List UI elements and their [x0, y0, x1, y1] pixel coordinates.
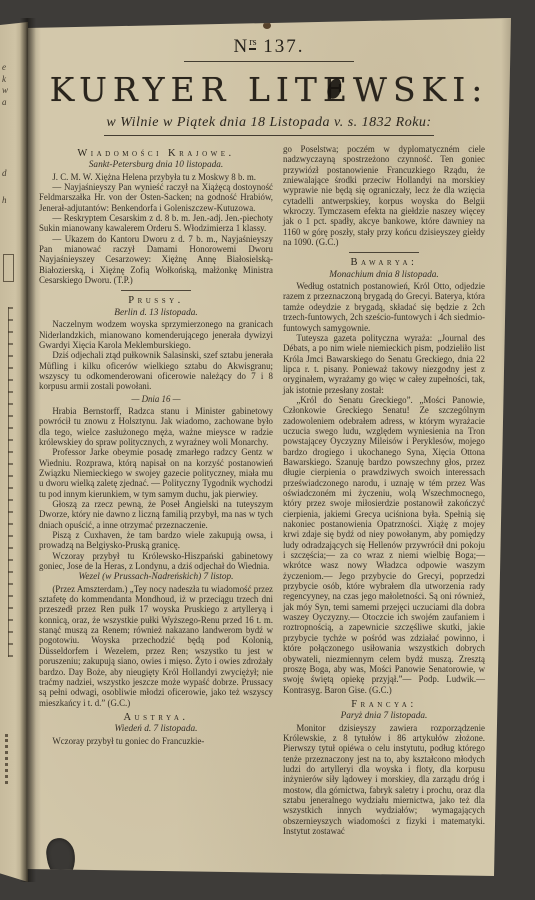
article-paragraph: Hrabia Bernstorff, Radzca stanu i Minist…	[39, 406, 273, 447]
masthead-title: KURYER LITEWSKI:	[27, 70, 511, 109]
centered-line: — Dnia 16 —	[39, 394, 273, 404]
section-dateline: Berlin d. 13 listopada.	[39, 308, 273, 318]
article-paragraph: (Przez Amszterdam.) „Tey nocy nadeszła t…	[39, 584, 273, 708]
issue-number: Nrs 137.	[27, 36, 511, 58]
article-paragraph: Wczoray przybył tu Królewsko-Hiszpański …	[39, 551, 273, 572]
edge-letter-fragment: w	[2, 85, 8, 95]
article-paragraph: — Ukazem do Kantoru Dworu z d. 7 b. m., …	[39, 234, 273, 286]
masthead-rule	[104, 135, 434, 136]
article-paragraph: J. C. M. W. Xiężna Helena przybyła tu z …	[39, 172, 273, 182]
article-paragraph: Wczoray przybył tu goniec do Francuzkie-	[39, 736, 273, 746]
section-heading: Austrya.	[39, 713, 273, 723]
article-paragraph: — Reskryptem Cesarskim z d. 8 b. m. Jen.…	[39, 213, 273, 234]
article-paragraph: Professor Jarke obeymie posadę zmarłego …	[39, 447, 273, 499]
section-dateline: Sankt-Petersburg dnia 10 listopada.	[39, 160, 273, 170]
section-divider	[349, 252, 419, 253]
adjacent-table-rule-mark	[8, 307, 13, 657]
adjacent-chain-mark	[5, 734, 8, 784]
article-paragraph: Naczelnym wodzem woyska sprzymierzonego …	[39, 319, 273, 350]
masthead: Nrs 137. KURYER LITEWSKI: w Wilnie w Pią…	[27, 18, 511, 136]
adjacent-table-border-mark	[3, 254, 14, 282]
article-paragraph: Głoszą za rzecz pewną, że Poseł Angielsk…	[39, 499, 273, 530]
section-dateline: Wezel (w Prussach-Nadreńskich) 7 listop.	[39, 572, 273, 582]
section-heading: Wiadomości Krajowe.	[39, 149, 273, 159]
section-dateline: Paryż dnia 7 listopada.	[283, 711, 485, 721]
section-heading: Prussy.	[39, 296, 273, 306]
article-paragraph: „Król do Senatu Greckiego”. „Mości Panow…	[283, 395, 485, 695]
edge-letter-fragment: a	[2, 97, 7, 107]
edge-letter-fragment: e	[2, 62, 6, 72]
article-paragraph: Dziś odjechali ztąd pułkownik Salasinski…	[39, 350, 273, 391]
article-columns: Wiadomości Krajowe.Sankt-Petersburg dnia…	[27, 144, 511, 850]
photo-backdrop: ekwadh Nrs 137. KURYER LITEWSKI: w Wilni…	[0, 0, 535, 900]
article-paragraph: Tuteysza gazeta polityczna wyraża: „Jour…	[283, 333, 485, 395]
issue-rule	[184, 61, 354, 62]
article-paragraph: Według ostatnich postanowień, Król Otto,…	[283, 281, 485, 333]
article-paragraph: go Poselstwa; poczém w dyplomatyczném ci…	[283, 144, 485, 247]
left-column: Wiadomości Krajowe.Sankt-Petersburg dnia…	[39, 144, 273, 850]
paper-speck	[263, 22, 271, 29]
section-divider	[121, 290, 191, 291]
section-heading: Bawarya:	[283, 258, 485, 268]
article-paragraph: — Nayjaśnieyszy Pan wynieść raczył na Xi…	[39, 182, 273, 213]
section-dateline: Monachium dnia 8 listopada.	[283, 270, 485, 280]
newspaper-page: Nrs 137. KURYER LITEWSKI: w Wilnie w Pią…	[27, 18, 511, 878]
masthead-dateline: w Wilnie w Piątek dnia 18 Listopada v. s…	[27, 115, 511, 131]
article-paragraph: Piszą z Cuxhaven, że tam bardzo wiele za…	[39, 530, 273, 551]
article-paragraph: Monitor dzisieyszy zawiera rozporządzeni…	[283, 723, 485, 837]
right-column: go Poselstwa; poczém w dyplomatyczném ci…	[283, 144, 485, 850]
edge-letter-fragment: k	[2, 74, 6, 84]
section-heading: Francya:	[283, 700, 485, 710]
edge-letter-fragment: h	[2, 195, 7, 205]
section-dateline: Wiedeń d. 7 listopada.	[39, 724, 273, 734]
edge-letter-fragment: d	[2, 168, 7, 178]
adjacent-page-edge: ekwadh	[0, 22, 28, 882]
